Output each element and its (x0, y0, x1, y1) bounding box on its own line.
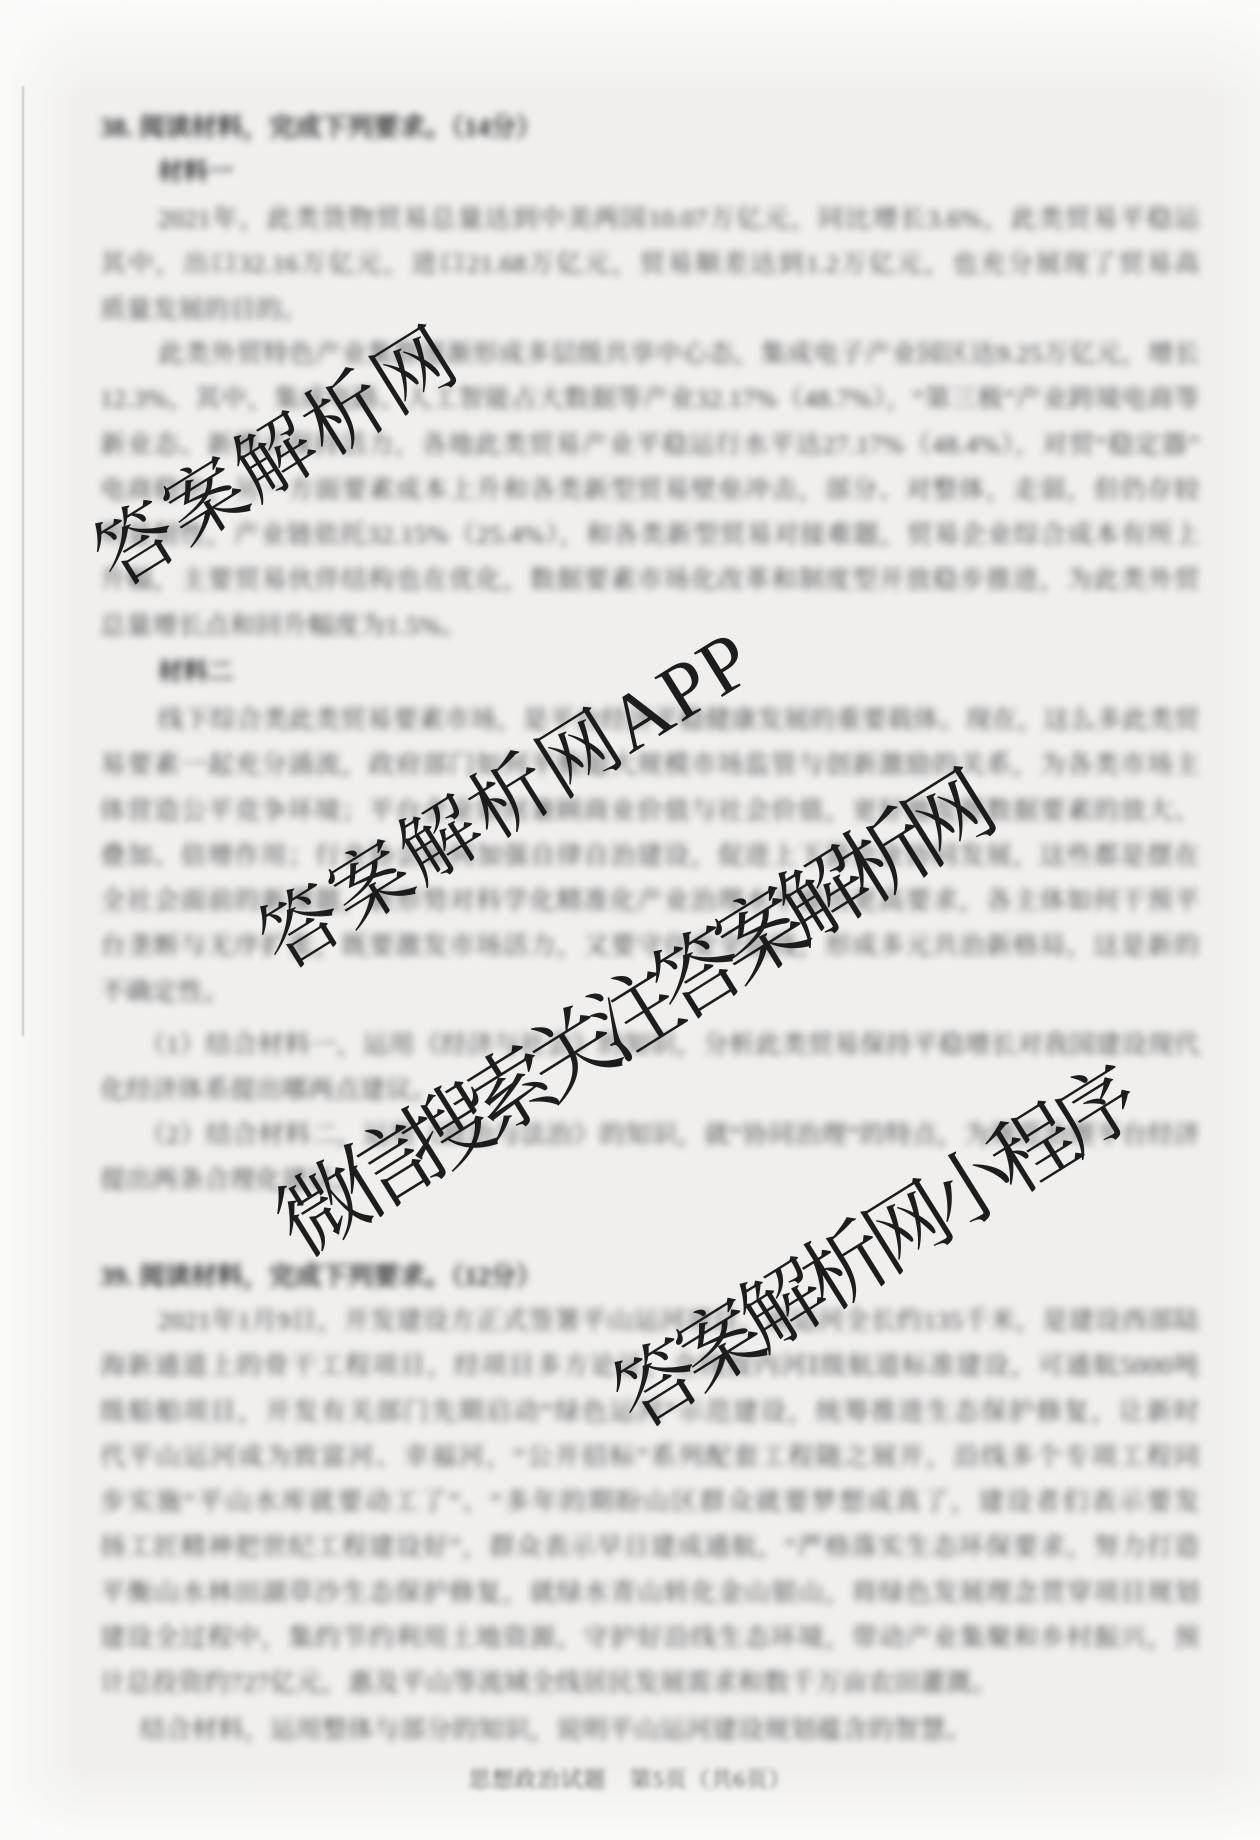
blurred-text-line: 2021年，此类货物贸易总量达到中美两国10.07万亿元，同比增长3.6%，此类… (100, 196, 1200, 241)
scanned-exam-page: 38. 阅读材料，完成下列要求。（14分） 材料一 2021年，此类货物贸易总量… (0, 0, 1260, 1840)
material-1-paragraph-1: 2021年，此类货物贸易总量达到中美两国10.07万亿元，同比增长3.6%，此类… (100, 196, 1200, 332)
blurred-text-line: 扬工匠精神把世纪工程建设好”，群众表示早日建成通航，“严格落实生态环保要求，努力… (100, 1524, 1200, 1569)
question-38-header: 38. 阅读材料，完成下列要求。（14分） (100, 105, 542, 150)
blurred-text-line: 质量发展的目的。 (100, 287, 1200, 332)
blurred-text-line: 结合材料，运用整体与部分的知识，说明平山运河建设规划蕴含的智慧。 (100, 1707, 1200, 1752)
blurred-text-line: 步实施“平山水库就要动工了”、“多年的期盼山区群众就要梦想成真了，建设者们表示要… (100, 1479, 1200, 1524)
blurred-text-line: 明显韧性，产业链依托32.15%（25.4%），和各类新型贸易对接难题，贸易企业… (100, 512, 1200, 557)
material-2-label: 材料二 (158, 652, 233, 694)
blurred-text-line: 平衡山水林田湖草沙生态保护修复，就绿水青山转化金山银山，将绿色发展理念贯穿项目规… (100, 1570, 1200, 1615)
blurred-text-line: 升幅，主要贸易伙伴结构也在优化，数据要素市场化改革和制度型开放稳步推进，为此类外… (100, 557, 1200, 602)
blurred-text-line: 建设全过程中，集约节约利用土地资源，守护好沿线生态环境，带动产业集聚和乡村振兴，… (100, 1615, 1200, 1660)
document-body: 38. 阅读材料，完成下列要求。（14分） 材料一 2021年，此类货物贸易总量… (0, 0, 1260, 1840)
question-39-final-question: 结合材料，运用整体与部分的知识，说明平山运河建设规划蕴含的智慧。 (100, 1707, 1200, 1752)
blurred-text-line: 计总投资约727亿元，惠及平山等流域全线居民发展需求和数千万亩农田灌溉。 (100, 1660, 1200, 1705)
blurred-text-line: 此类外贸特色产业集群逐渐形成多层级共享中心态，集成电子产业园区达9.25万亿元，… (100, 331, 1200, 376)
page-footer: 思想政治试题 第5页（共6页） (0, 1763, 1260, 1794)
blurred-text-line: 总量增长点和回升幅度为1.5%。 (100, 603, 1200, 648)
blurred-text-line: 其中，出口32.16万亿元，进口21.68万亿元，贸易顺差达到1.2万亿元，也充… (100, 241, 1200, 286)
material-1-label: 材料一 (158, 152, 233, 194)
blurred-text-line: 叠加、倍增作用；行业协会如何加强自律自治建设，促进上下游企业协同发展，这些都是摆… (100, 833, 1200, 878)
blurred-text-line: 体营造公平竞争环境；平台企业如何兼顾商业价值与社会价值，更好地发挥数据要素的放大… (100, 788, 1200, 833)
